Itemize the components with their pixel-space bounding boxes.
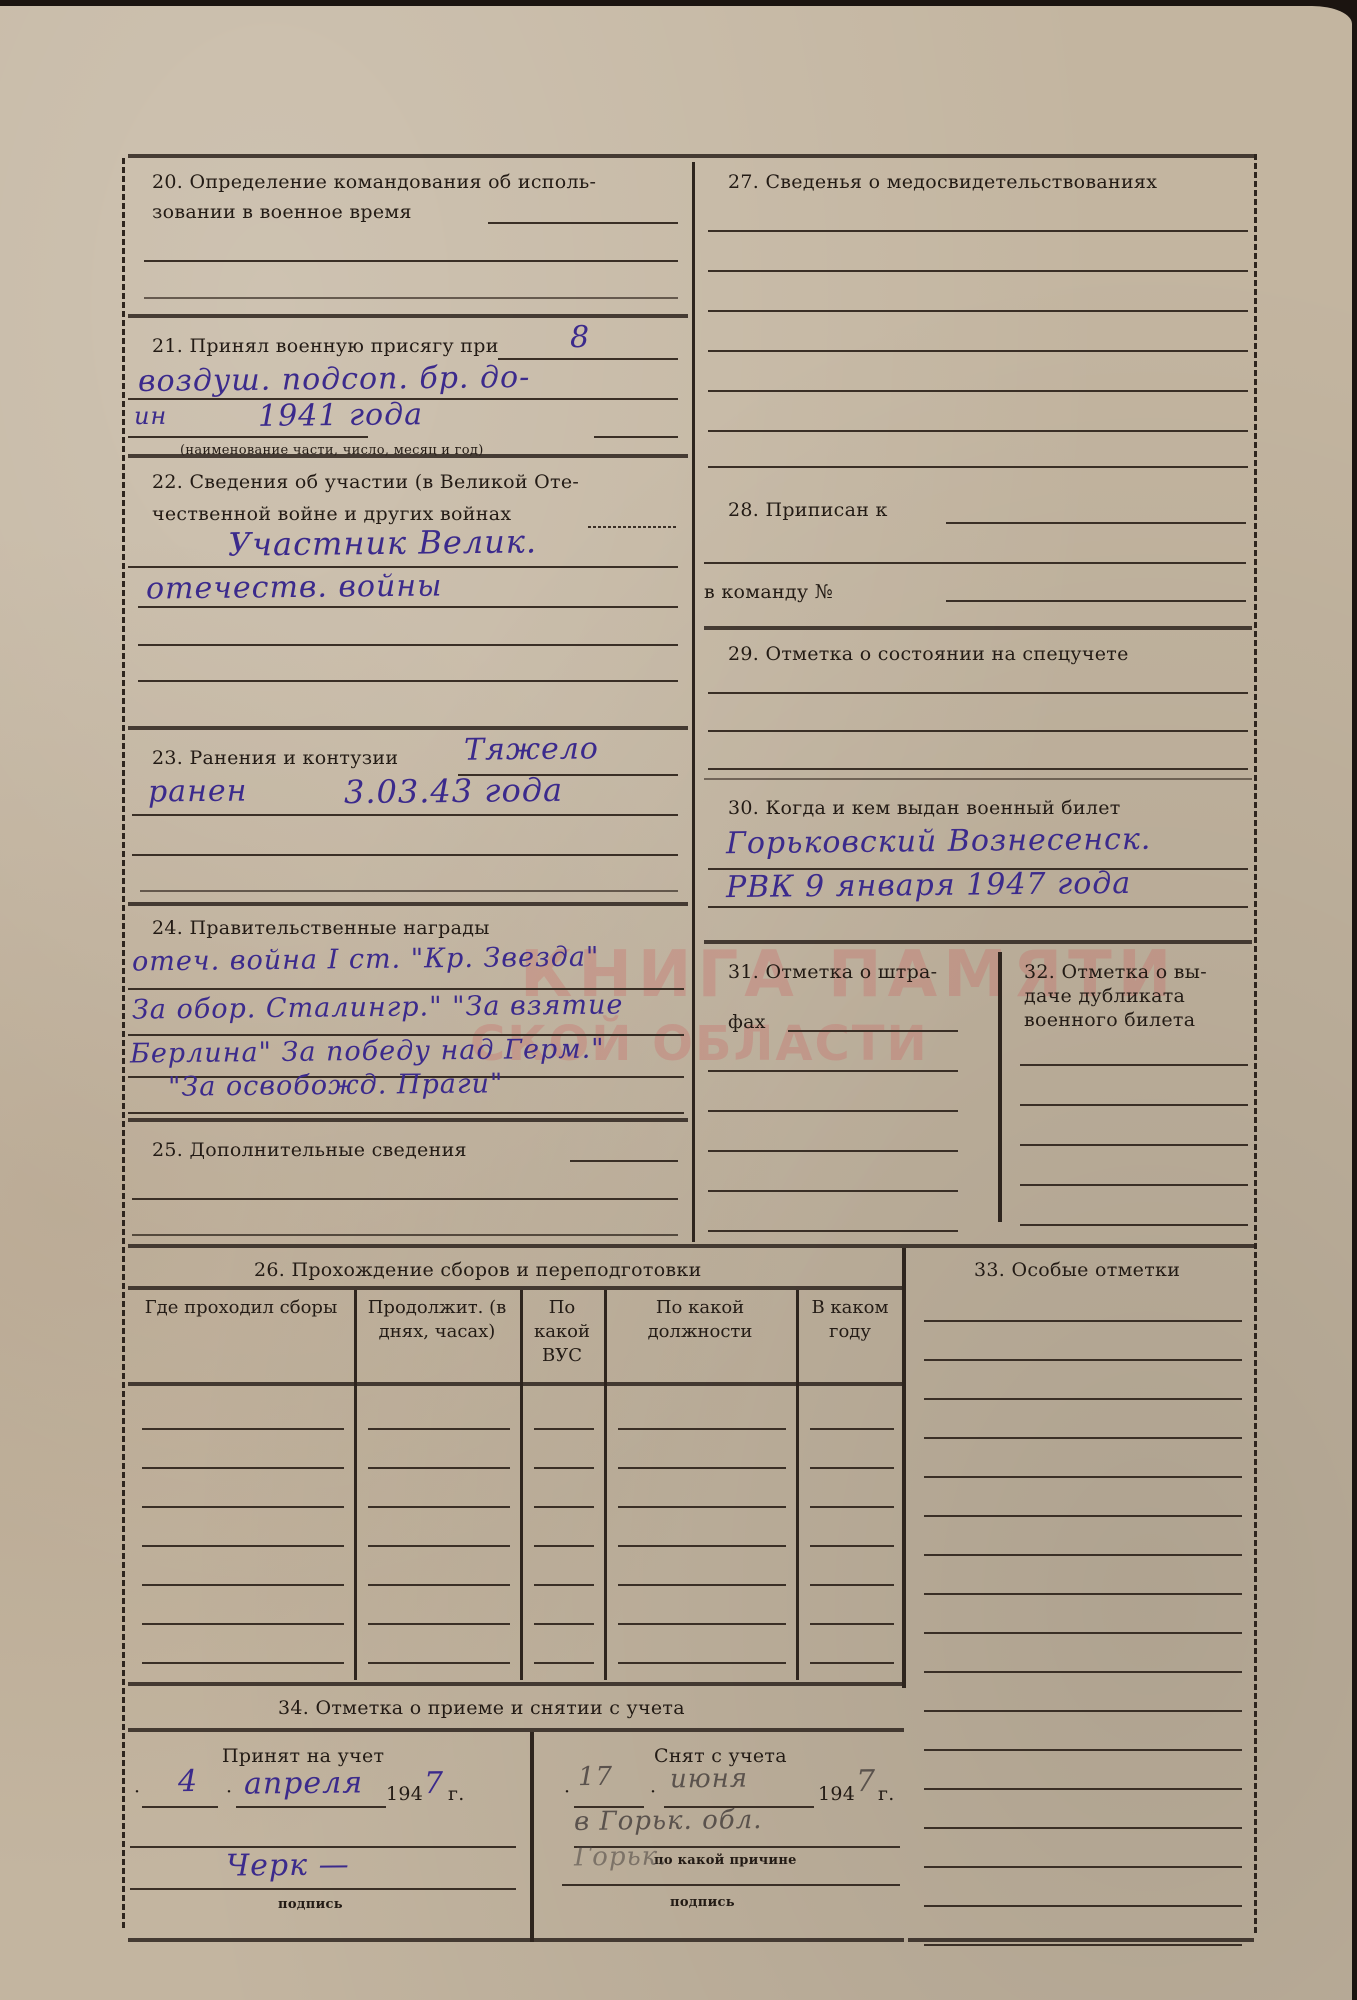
removed-year: 194 — [818, 1780, 855, 1809]
removed-reason-caption: по какой причине — [654, 1846, 797, 1875]
removed-month: июня — [670, 1764, 748, 1795]
accepted-year: 194 — [386, 1780, 423, 1809]
section-28-label: 28. Приписан к — [728, 496, 888, 525]
section-30-label: 30. Когда и кем выдан военный билет — [728, 794, 1121, 823]
training-table-column-header: Где проходил сборы — [128, 1296, 354, 1320]
training-table-cell[interactable] — [618, 1584, 786, 1586]
section-31-label-2: фах — [728, 1008, 766, 1037]
section-24-hand-3: Берлина" За победу над Герм." — [130, 1034, 605, 1070]
section-21-hand-3b: 1941 года — [258, 397, 423, 434]
training-table-cell[interactable] — [368, 1623, 510, 1625]
section-25-label: 25. Дополнительные сведения — [152, 1136, 467, 1165]
section-21-hand-1: 8 — [570, 320, 590, 355]
removed-day: 17 — [578, 1762, 613, 1792]
accepted-day: 4 — [178, 1764, 198, 1799]
removed-reason: в Горьк. обл. — [574, 1805, 763, 1837]
section-34: 34. Отметка о приеме и снятии с учета Пр… — [118, 1692, 908, 1942]
form-grid: 20. Определение командования об исполь- … — [118, 154, 1260, 1954]
accepted-year-digit: 7 — [424, 1766, 444, 1801]
accepted-signature: Черк — — [226, 1847, 350, 1883]
training-table-cell[interactable] — [618, 1623, 786, 1625]
section-22-label-1: 22. Сведения об участии (в Великой Оте- — [152, 468, 579, 497]
removed-signature: Горьк. — [574, 1842, 668, 1873]
training-table-cell[interactable] — [368, 1428, 510, 1430]
training-table-cell[interactable] — [618, 1506, 786, 1508]
training-table-cell[interactable] — [534, 1467, 594, 1469]
training-table-cell[interactable] — [618, 1467, 786, 1469]
section-23: 23. Ранения и контузии Тяжело ранен 3.03… — [118, 730, 692, 900]
section-31-label-1: 31. Отметка о штра- — [728, 958, 937, 987]
section-30-hand-2: РВК 9 января 1947 года — [726, 866, 1132, 905]
section-27: 27. Сведенья о медосвидетельствованиях — [696, 154, 1254, 476]
section-21-hand-3a: ин — [134, 402, 168, 430]
training-table-cell[interactable] — [142, 1545, 344, 1547]
section-31: 31. Отметка о штра- фах — [696, 944, 968, 1244]
training-table-cell[interactable] — [810, 1428, 894, 1430]
section-24: 24. Правительственные награды отеч. войн… — [118, 906, 692, 1106]
section-23-hand-2a: ранен — [148, 773, 248, 809]
training-table-cell[interactable] — [142, 1662, 344, 1664]
section-21-label: 21. Принял военную присягу при — [152, 332, 499, 361]
training-table-cell[interactable] — [810, 1506, 894, 1508]
training-table-cell[interactable] — [618, 1662, 786, 1664]
training-table-cell[interactable] — [142, 1428, 344, 1430]
section-20-label-1: 20. Определение командования об исполь- — [152, 168, 596, 197]
training-table-cell[interactable] — [810, 1545, 894, 1547]
section-28-label-2: в команду № — [704, 578, 833, 607]
section-24-hand-2: За обор. Сталингр." "За взятие — [132, 989, 624, 1025]
section-22: 22. Сведения об участии (в Великой Оте- … — [118, 458, 692, 718]
accepted-on-record: Принят на учет · 4 · апреля 194 7 г. Чер… — [118, 1732, 528, 1942]
training-table-cell[interactable] — [534, 1662, 594, 1664]
section-20: 20. Определение командования об исполь- … — [118, 154, 692, 319]
training-table-cell[interactable] — [810, 1584, 894, 1586]
training-table-cell[interactable] — [142, 1467, 344, 1469]
section-29: 29. Отметка о состоянии на спецучете — [696, 630, 1254, 770]
training-table-cell[interactable] — [368, 1506, 510, 1508]
training-table-cell[interactable] — [368, 1545, 510, 1547]
section-24-hand-4: "За освобожд. Праги" — [168, 1068, 504, 1103]
training-table-column-header: В каком году — [796, 1296, 904, 1344]
training-table-cell[interactable] — [534, 1428, 594, 1430]
training-table-cell[interactable] — [810, 1662, 894, 1664]
removed-signature-caption: подпись — [670, 1888, 735, 1917]
training-table-cell[interactable] — [810, 1623, 894, 1625]
training-table-cell[interactable] — [534, 1584, 594, 1586]
accepted-signature-caption: подпись — [278, 1890, 343, 1919]
section-33: 33. Особые отметки — [908, 1248, 1254, 1938]
training-table-cell[interactable] — [142, 1584, 344, 1586]
section-32-label-3: военного билета — [1024, 1006, 1195, 1035]
removed-from-record: Снят с учета · 17 · июня 194 7 г. в Горь… — [534, 1732, 908, 1942]
training-table-cell[interactable] — [534, 1545, 594, 1547]
training-table-cell[interactable] — [368, 1662, 510, 1664]
section-20-field-line[interactable] — [488, 222, 678, 224]
section-21: 21. Принял военную присягу при 8 воздуш.… — [118, 318, 692, 448]
section-34-title: 34. Отметка о приеме и снятии с учета — [278, 1694, 685, 1723]
training-table-column-header: По какой ВУС — [520, 1296, 604, 1368]
section-24-hand-1: отеч. война I ст. "Кр. Звезда" — [132, 942, 600, 978]
training-table-cell[interactable] — [534, 1506, 594, 1508]
section-29-label: 29. Отметка о состоянии на спецучете — [728, 640, 1129, 669]
training-table-cell[interactable] — [810, 1467, 894, 1469]
section-26-title: 26. Прохождение сборов и переподготовки — [254, 1256, 702, 1285]
section-28: 28. Приписан к в команду № — [696, 482, 1254, 622]
section-33-label: 33. Особые отметки — [974, 1256, 1180, 1285]
accepted-month: апреля — [244, 1765, 364, 1801]
training-table-cell[interactable] — [142, 1506, 344, 1508]
document-page: КНИГА ПАМЯТИ СКОЙ ОБЛАСТИ 20. Определени… — [0, 6, 1352, 2000]
training-table-cell[interactable] — [368, 1467, 510, 1469]
section-20-label-2: зовании в военное время — [152, 198, 412, 227]
section-23-hand-2b: 3.03.43 года — [344, 771, 563, 811]
section-27-label: 27. Сведенья о медосвидетельствованиях — [728, 168, 1157, 197]
section-21-hand-2: воздуш. подсоп. бр. до- — [138, 360, 531, 399]
training-table-column-header: Продолжит. (в днях, часах) — [354, 1296, 520, 1344]
section-22-hand-1: Участник Велик. — [228, 522, 537, 563]
training-table-cell[interactable] — [618, 1545, 786, 1547]
removed-year-digit: 7 — [856, 1764, 876, 1799]
training-table-cell[interactable] — [368, 1584, 510, 1586]
section-30-hand-1: Горьковский Вознесенск. — [726, 822, 1152, 861]
training-table-cell[interactable] — [618, 1428, 786, 1430]
section-23-hand-1: Тяжело — [464, 731, 599, 767]
section-25: 25. Дополнительные сведения — [118, 1122, 692, 1242]
training-table-cell[interactable] — [142, 1623, 344, 1625]
training-table-column-header: По какой должности — [604, 1296, 796, 1344]
section-26: 26. Прохождение сборов и переподготовки … — [118, 1248, 908, 1688]
section-22-hand-2: отечеств. войны — [146, 568, 443, 606]
section-24-label: 24. Правительственные награды — [152, 914, 490, 943]
section-30: 30. Когда и кем выдан военный билет Горь… — [696, 784, 1254, 934]
section-32: 32. Отметка о вы- даче дубликата военног… — [1004, 944, 1254, 1244]
section-23-label: 23. Ранения и контузии — [152, 744, 398, 773]
training-table-cell[interactable] — [534, 1623, 594, 1625]
